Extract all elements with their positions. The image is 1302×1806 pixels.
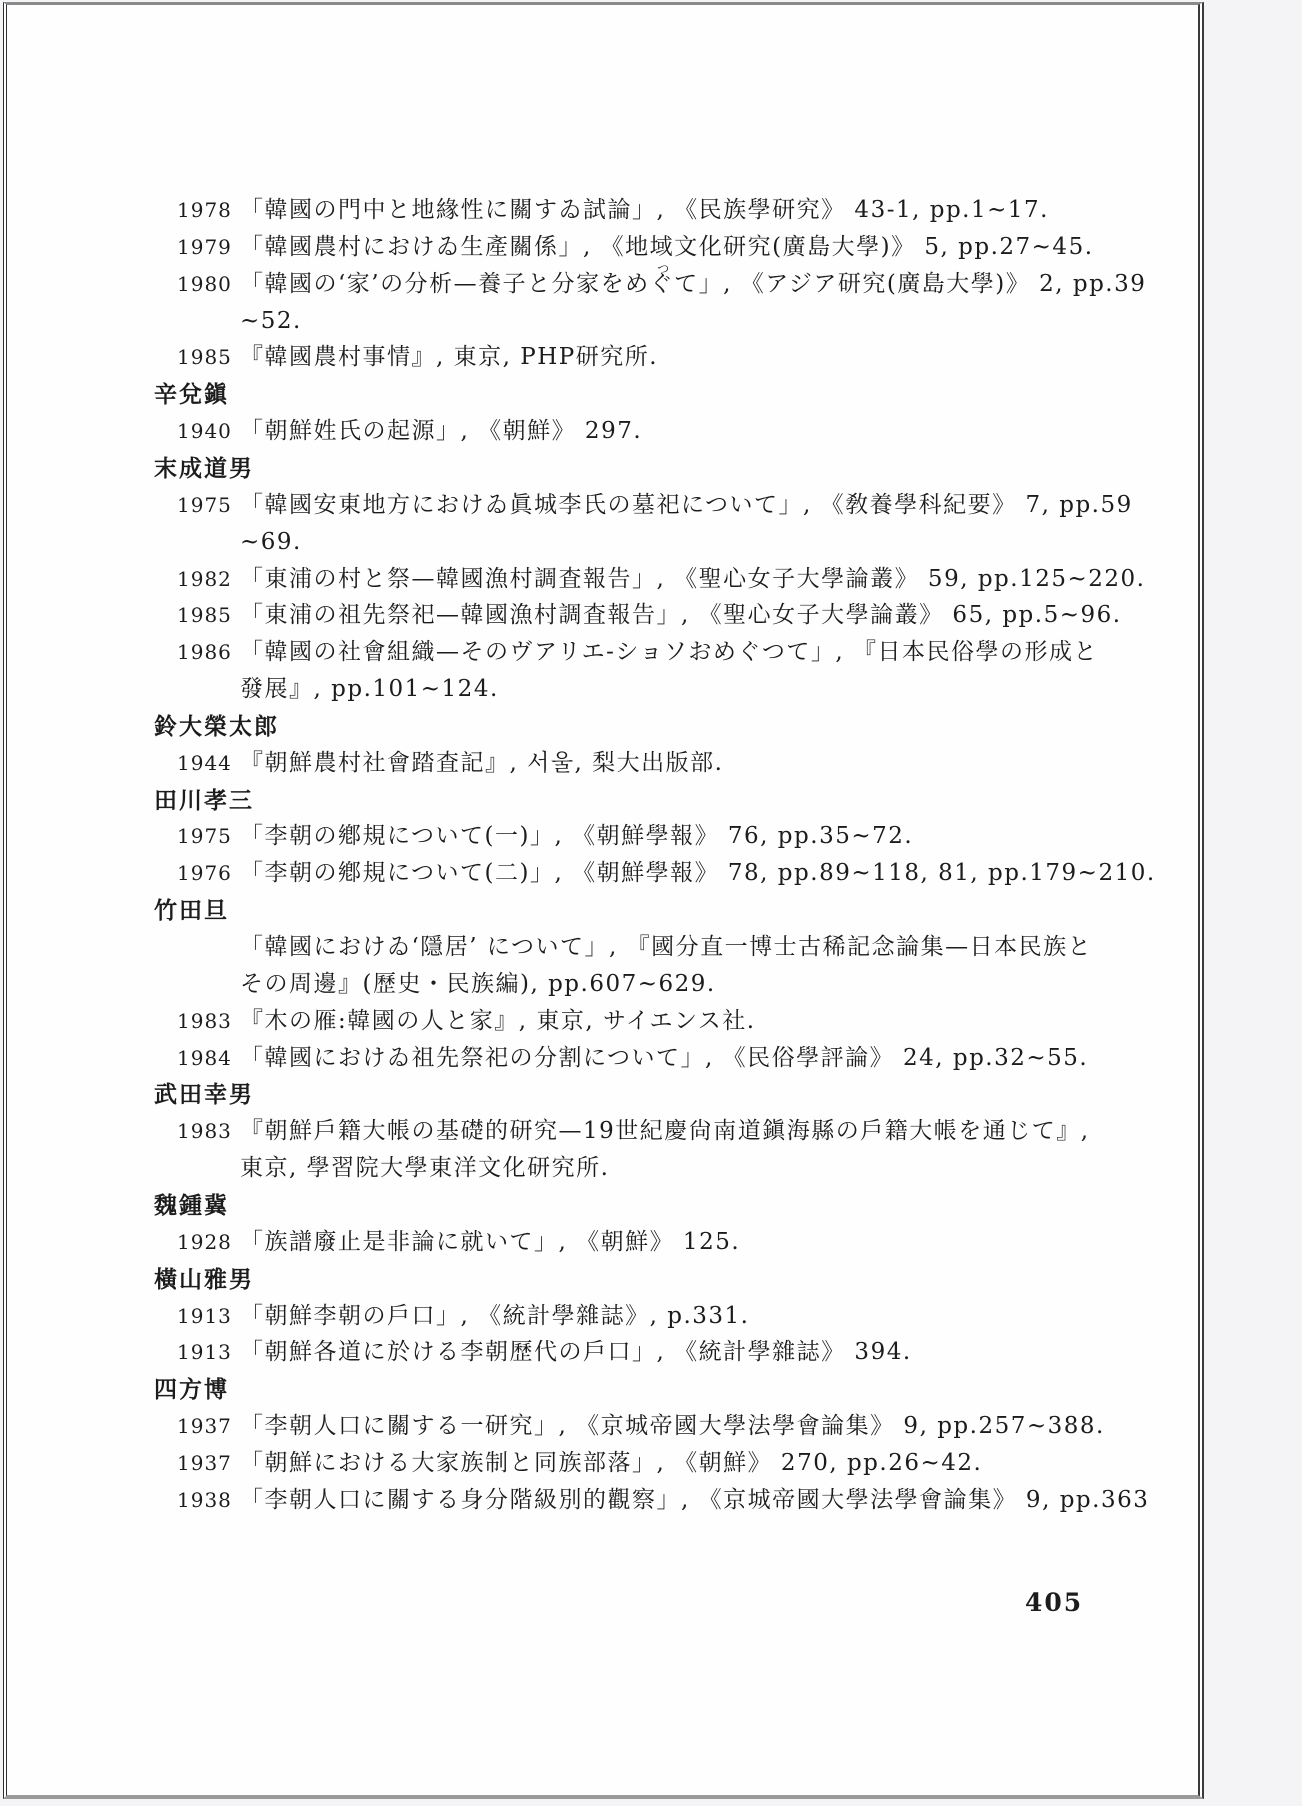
entry-text: 「東浦の祖先祭祀—韓國漁村調査報告」, 《聖心女子大學論叢》 65, pp.5~… — [240, 602, 1122, 628]
entry-continuation: その周邊』(歷史・民族編), pp.607~629. — [240, 969, 716, 999]
entry-year: 1985 — [177, 342, 240, 372]
bibliography-entry: 1940「朝鮮姓氏の起源」, 《朝鮮》 297. — [177, 416, 642, 446]
author-heading: 魏鍾冀 — [154, 1190, 229, 1220]
bibliography-entry: 1986「韓國の社會組織—そのヴアリエ-ショソおめぐつて」, 『日本民俗學の形成… — [177, 637, 1098, 667]
continuation-text: 東京, 學習院大學東洋文化研究所. — [240, 1155, 609, 1181]
entry-continuation: ~52. — [240, 306, 302, 336]
author-heading: 四方博 — [154, 1374, 229, 1404]
continuation-text: 發展』, pp.101~124. — [240, 676, 499, 702]
author-name: 四方博 — [154, 1376, 229, 1402]
bibliography-entry: 1913「朝鮮李朝の戶口」, 《統計學雜誌》, p.331. — [177, 1301, 750, 1331]
author-name: 魏鍾冀 — [154, 1192, 229, 1218]
bibliography-entry: 1928「族譜廢止是非論に就いて」, 《朝鮮》 125. — [177, 1227, 740, 1257]
author-heading: 辛兌鎭 — [154, 379, 229, 409]
bibliography-entry: 「韓國におけゐ‘隱居’ について」, 『國分直一博士古稀記念論集—日本民族と — [177, 932, 1092, 962]
entry-text: 「韓國におけゐ祖先祭祀の分割について」, 《民俗學評論》 24, pp.32~5… — [240, 1045, 1088, 1071]
entry-year: 1986 — [177, 637, 240, 667]
author-heading: 武田幸男 — [154, 1079, 254, 1109]
entry-year: 1937 — [177, 1411, 240, 1441]
author-name: 田川孝三 — [154, 787, 254, 813]
author-heading: 田川孝三 — [154, 785, 254, 815]
entry-text: て」, 《アジア研究(廣島大學)》 2, pp.39 — [674, 271, 1146, 297]
bibliography-entry: 1984「韓國におけゐ祖先祭祀の分割について」, 《民俗學評論》 24, pp.… — [177, 1043, 1088, 1073]
entry-continuation: 發展』, pp.101~124. — [240, 674, 499, 704]
insertion-mark: つ — [657, 254, 669, 284]
entry-year: 1976 — [177, 858, 240, 888]
bibliography-entry: 1913「朝鮮各道に於ける李朝歷代の戶口」, 《統計學雜誌》 394. — [177, 1337, 912, 1367]
entry-text: 「李朝の鄕規について(一)」, 《朝鮮學報》 76, pp.35~72. — [240, 823, 913, 849]
bibliography-entry: 1983『木の雁:韓國の人と家』, 東京, サイエンス社. — [177, 1006, 756, 1036]
entry-year: 1928 — [177, 1227, 240, 1257]
author-heading: 竹田旦 — [154, 895, 229, 925]
continuation-text: ~69. — [240, 529, 302, 555]
bibliography-entry: 1976「李朝の鄕規について(二)」, 《朝鮮學報》 78, pp.89~118… — [177, 858, 1156, 888]
author-name: 鈴大榮太郎 — [154, 713, 279, 739]
bibliography-entry: 1979「韓國農村におけゐ生產關係」, 《地域文化研究(廣島大學)》 5, pp… — [177, 232, 1094, 262]
author-name: 辛兌鎭 — [154, 381, 229, 407]
entry-year: 1984 — [177, 1043, 240, 1073]
entry-year: 1975 — [177, 821, 240, 851]
bibliography-entry: 1985「東浦の祖先祭祀—韓國漁村調査報告」, 《聖心女子大學論叢》 65, p… — [177, 600, 1122, 630]
entry-text: 「朝鮮姓氏の起源」, 《朝鮮》 297. — [240, 418, 642, 444]
entry-text: 『朝鮮戶籍大帳の基礎的研究—19世紀慶尙南道鎭海縣の戶籍大帳を通じて』, — [240, 1118, 1090, 1144]
author-name: 末成道男 — [154, 455, 254, 481]
entry-year: 1983 — [177, 1006, 240, 1036]
entry-year: 1940 — [177, 416, 240, 446]
entry-text: 「朝鮮各道に於ける李朝歷代の戶口」, 《統計學雜誌》 394. — [240, 1339, 912, 1365]
entry-year: 1978 — [177, 195, 240, 225]
entry-year: 1982 — [177, 564, 240, 594]
bibliography-entry: 1937「李朝人口に關する一研究」, 《京城帝國大學法學會論集》 9, pp.2… — [177, 1411, 1105, 1441]
entry-year: 1985 — [177, 600, 240, 630]
continuation-text: ~52. — [240, 308, 302, 334]
entry-year: 1979 — [177, 232, 240, 262]
entry-year: 1975 — [177, 490, 240, 520]
entry-text: 「東浦の村と祭—韓國漁村調査報告」, 《聖心女子大學論叢》 59, pp.125… — [240, 566, 1145, 592]
entry-text: 「李朝の鄕規について(二)」, 《朝鮮學報》 78, pp.89~118, 81… — [240, 860, 1156, 886]
entry-text: 「韓國の社會組織—そのヴアリエ-ショソおめぐつて」, 『日本民俗學の形成と — [240, 639, 1098, 665]
scan-background-gutter — [1210, 0, 1302, 1806]
entry-year: 1983 — [177, 1116, 240, 1146]
scanned-book-page: 1978「韓國の門中と地緣性に關すゐ試論」, 《民族學研究》 43-1, pp.… — [3, 2, 1204, 1799]
entry-text: 「韓國におけゐ‘隱居’ について」, 『國分直一博士古稀記念論集—日本民族と — [240, 934, 1092, 960]
entry-text: 「韓國の門中と地緣性に關すゐ試論」, 《民族學研究》 43-1, pp.1~17… — [240, 197, 1049, 223]
entry-continuation: ~69. — [240, 527, 302, 557]
bibliography-entry: 1975「韓國安東地方におけゐ眞城李氏の墓祀について」, 《敎養學科紀要》 7,… — [177, 490, 1133, 520]
entry-text: 『朝鮮農村社會踏査記』, 서울, 梨大出版部. — [240, 750, 724, 776]
entry-text: 「族譜廢止是非論に就いて」, 《朝鮮》 125. — [240, 1229, 740, 1255]
entry-year: 1913 — [177, 1301, 240, 1331]
entry-text: 『木の雁:韓國の人と家』, 東京, サイエンス社. — [240, 1008, 756, 1034]
entry-text: 「李朝人口に關する一研究」, 《京城帝國大學法學會論集》 9, pp.257~3… — [240, 1413, 1105, 1439]
author-heading: 鈴大榮太郎 — [154, 711, 279, 741]
bibliography-entry: 1975「李朝の鄕規について(一)」, 《朝鮮學報》 76, pp.35~72. — [177, 821, 913, 851]
author-name: 武田幸男 — [154, 1081, 254, 1107]
bibliography-entry: 1938「李朝人口に關する身分階級別的觀察」, 《京城帝國大學法學會論集》 9,… — [177, 1485, 1149, 1515]
continuation-text: その周邊』(歷史・民族編), pp.607~629. — [240, 971, 716, 997]
author-heading: 末成道男 — [154, 453, 254, 483]
author-heading: 橫山雅男 — [154, 1264, 254, 1294]
entry-text: 「韓國の‘家’の分析—養子と分家をめ — [240, 271, 650, 297]
author-name: 竹田旦 — [154, 897, 229, 923]
bibliography-entry: 1978「韓國の門中と地緣性に關すゐ試論」, 《民族學研究》 43-1, pp.… — [177, 195, 1049, 225]
page-number: 405 — [1025, 1588, 1083, 1617]
entry-text: 「李朝人口に關する身分階級別的觀察」, 《京城帝國大學法學會論集》 9, pp.… — [240, 1487, 1149, 1513]
bibliography-entry: 1982「東浦の村と祭—韓國漁村調査報告」, 《聖心女子大學論叢》 59, pp… — [177, 564, 1145, 594]
entry-text: 「朝鮮における大家族制と同族部落」, 《朝鮮》 270, pp.26~42. — [240, 1450, 982, 1476]
entry-year: 1913 — [177, 1337, 240, 1367]
entry-year: 1944 — [177, 748, 240, 778]
author-name: 橫山雅男 — [154, 1266, 254, 1292]
bibliography-entry: 1944『朝鮮農村社會踏査記』, 서울, 梨大出版部. — [177, 748, 724, 778]
entry-text: 『韓國農村事情』, 東京, PHP研究所. — [240, 344, 658, 370]
entry-text: 「韓國安東地方におけゐ眞城李氏の墓祀について」, 《敎養學科紀要》 7, pp.… — [240, 492, 1133, 518]
annotated-character: つぐ — [650, 269, 675, 299]
entry-year: 1980 — [177, 269, 240, 299]
bibliography-entry: 1980「韓國の‘家’の分析—養子と分家をめつぐて」, 《アジア研究(廣島大學)… — [177, 269, 1146, 299]
bibliography-entry: 1937「朝鮮における大家族制と同族部落」, 《朝鮮》 270, pp.26~4… — [177, 1448, 982, 1478]
bibliography-entry: 1983『朝鮮戶籍大帳の基礎的研究—19世紀慶尙南道鎭海縣の戶籍大帳を通じて』, — [177, 1116, 1090, 1146]
entry-year: 1938 — [177, 1485, 240, 1515]
entry-text: 「朝鮮李朝の戶口」, 《統計學雜誌》, p.331. — [240, 1303, 750, 1329]
entry-year: 1937 — [177, 1448, 240, 1478]
bibliography-entry: 1985『韓國農村事情』, 東京, PHP研究所. — [177, 342, 658, 372]
entry-continuation: 東京, 學習院大學東洋文化研究所. — [240, 1153, 609, 1183]
